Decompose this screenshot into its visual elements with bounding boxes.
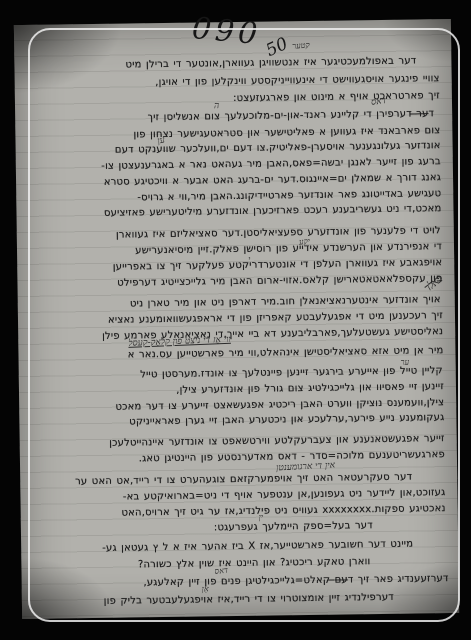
handwritten-correction: ער <box>401 358 410 367</box>
typed-line: געקומענע נייע פירער,ערלעכע און ניכטערע ה… <box>129 412 444 427</box>
handwritten-correction: ין <box>259 513 263 522</box>
typed-line: זייער אפגעשטאנענע און צעברעקלטע ווירטשאפ… <box>109 433 445 449</box>
handwritten-correction: ה <box>214 100 219 111</box>
typed-line: נאכטיגע ספקות.xxxxxxxx געוויס ניט פילנדי… <box>121 503 445 519</box>
typed-line: זיינען זיי פאסיוו און גלייכגילטיג צום גו… <box>176 381 444 396</box>
typed-line: צום פארבאנד איז געווען א פאליטישער און ס… <box>133 125 440 140</box>
typed-line: געזוכט,און ליידער ניט געפונען,אן ענטפער … <box>123 487 446 503</box>
handwritten-correction: י <box>248 255 250 264</box>
typed-line: דער בעל=ספק היימלעך געפרעגט: <box>214 520 373 533</box>
typed-line: די אנפירנדע און הערשנדע אידייע פון רוסיש… <box>135 241 442 256</box>
typed-line: ווארן טאקע ריכטיג? און היינט איז שוין אל… <box>138 556 371 570</box>
typed-line: אויפגאבע איז געווארן העלפן די אונטערדריק… <box>113 257 443 273</box>
typed-line: דער סעקרעטאר האט זיך אויפמערקזאם צוגעהער… <box>75 472 412 488</box>
typed-line: מיר אן מיט אזא סאציאליסטישן אינהאלט,ווי … <box>128 345 444 360</box>
typed-line: ד̶ע̶ר̶ דערפירן די קליינע ראנד-און-ים-מלו… <box>148 108 435 123</box>
handwritten-correction: יקע <box>298 237 310 247</box>
typed-line: גאנג דורך א שמאלן ים=איינגוס.דער ים-ברעג… <box>104 172 441 188</box>
typed-line: דערפילנדיג זיין אומצוטרוי צו די רייד,איז… <box>104 592 394 607</box>
typed-line: צילן,וועמענס נוציקן ווערט האבן ריכטיג אפ… <box>115 397 444 413</box>
typed-line: פון עקספלאאטאטארישן קלאס.אזוי-ארום האבן … <box>117 273 442 289</box>
typed-line: מיינט דער חשובער פארשטייער,אז X ביז אהער… <box>102 539 413 554</box>
interline-annotation: אין די ארגומענטן <box>276 460 335 474</box>
scanned-document-photo: 090 50 דער באפולמעכטיגער איז אנטשוויגן ג… <box>0 0 471 640</box>
handwritten-correction: קטער <box>292 40 310 50</box>
typed-line: צוויי פינגער אויסגעווישט די אינעווייניקס… <box>155 73 440 88</box>
typed-line: זיך רעכענען מיט די אפגעלעבטע קאפריזן פון… <box>108 310 443 326</box>
typed-line: קליין טייל פון אייערע בירגער זיינען פיינ… <box>140 365 443 380</box>
typed-line: דער באפולמעכטיגער איז אנטשוויגן געווארן,… <box>125 55 416 70</box>
typed-line: ברעג פון זייער לאנגן יבשה=פאס,האבן מיר ג… <box>101 156 441 172</box>
typed-line: אויך אונדזער אינטערנאציאנאלן חוב.מיר דאר… <box>130 294 441 309</box>
handwritten-correction: אַן <box>202 584 209 593</box>
typed-line: לויט די פלענער פון אונדזערע ספעציאליסטן.… <box>116 225 441 241</box>
typed-line: מאכט,די ניט געשריבענע רעכט פארזיכערן אונ… <box>104 203 442 219</box>
handwritten-correction: דאס <box>214 566 228 576</box>
page-number-annotation: 090 <box>191 11 263 52</box>
typescript-page: 090 50 דער באפולמעכטיגער איז אנטשוויגן ג… <box>14 19 459 619</box>
handwritten-correction: דאס <box>370 95 386 108</box>
typed-line: דערזעענדיג פאר זיך ד̶ע̶ם̶ קאלט=גלייכגילט… <box>143 573 448 588</box>
typed-line: זיך פארטראכט אויף א מינוט און פארגעזעצט: <box>233 90 440 104</box>
typed-line: טעגישע באדייטונג פאר אונדזער פארטיידיקונ… <box>137 188 441 203</box>
